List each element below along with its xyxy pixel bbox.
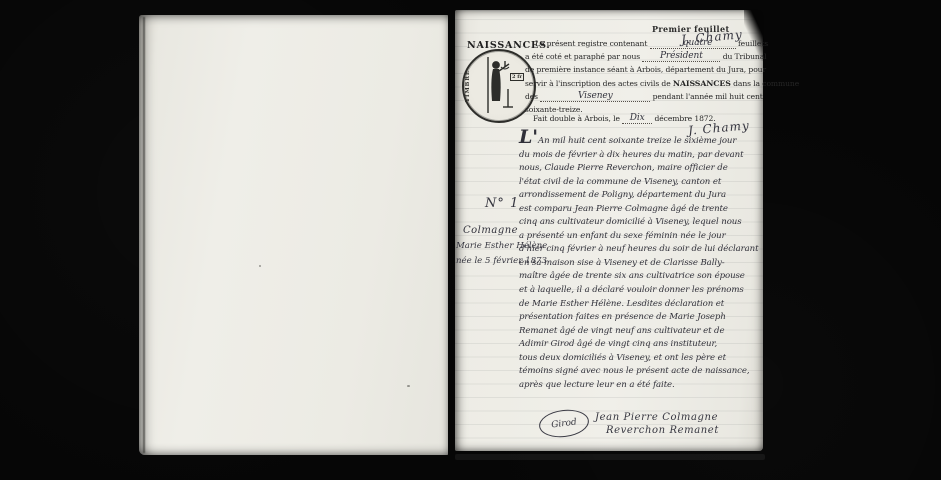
act-line: L'An mil huit cent soixante treize le si… bbox=[519, 131, 762, 149]
act-line: Remanet âgé de vingt neuf ans cultivateu… bbox=[519, 325, 762, 339]
handwritten-fill-quatre: quatre bbox=[650, 39, 736, 49]
act-line: Adimir Girod âgé de vingt cinq ans insti… bbox=[519, 338, 762, 352]
act-line: en sa maison sise à Viseney et de Claris… bbox=[519, 257, 762, 271]
printed-naissances-bold: NAISSANCES bbox=[673, 79, 731, 88]
act-line: d'hier cinq février à neuf heures du soi… bbox=[519, 243, 762, 257]
printed-text: Le présent registre contenant bbox=[535, 39, 647, 48]
handwritten-fill-commune: Viseney bbox=[540, 92, 650, 102]
act-line: cinq ans cultivateur domicilié à Viseney… bbox=[519, 216, 762, 230]
ink-speck bbox=[259, 265, 261, 267]
printed-text: pendant l'année mil huit cent bbox=[653, 92, 763, 101]
printed-line: de première instance séant à Arbois, dép… bbox=[525, 63, 763, 76]
act-line: de Marie Esther Hélène. Lesdites déclara… bbox=[519, 298, 762, 312]
printed-text: du Tribunal bbox=[723, 52, 767, 61]
right-register-page: Premier feuillet J. Chamy NAISSANCES. —·… bbox=[455, 10, 763, 451]
act-number: N° 1 bbox=[485, 196, 519, 211]
justice-figure-icon bbox=[478, 55, 518, 117]
act-line: maître âgée de trente six ans cultivatri… bbox=[519, 270, 762, 284]
act-line: a présenté un enfant du sexe féminin née… bbox=[519, 230, 762, 244]
ink-speck bbox=[407, 385, 410, 387]
act-line: nous, Claude Pierre Reverchon, maire off… bbox=[519, 162, 762, 176]
stamp-value-label: 2 fr bbox=[510, 73, 524, 81]
photographed-register-spread: Premier feuillet J. Chamy NAISSANCES. —·… bbox=[0, 0, 941, 480]
printed-line: Le présent registre contenant quatre feu… bbox=[525, 37, 763, 50]
stamp-timbre-label: TIMBRE bbox=[465, 70, 471, 102]
act-line: l'état civil de la commune de Viseney, c… bbox=[519, 176, 762, 190]
page-edge-shadow bbox=[143, 17, 145, 453]
printed-text: servir à l'inscription des actes civils … bbox=[525, 79, 671, 88]
printed-text: a été coté et paraphé par nous bbox=[525, 52, 640, 61]
printed-text: dans la commune bbox=[733, 79, 799, 88]
act-line: tous deux domiciliés à Viseney, et ont l… bbox=[519, 352, 762, 366]
printed-text: des bbox=[525, 92, 538, 101]
handwritten-fill-president: Président bbox=[642, 52, 720, 62]
act-line: et à laquelle, il a déclaré vouloir donn… bbox=[519, 284, 762, 298]
act-line: arrondissement de Poligny, département d… bbox=[519, 189, 762, 203]
book-bottom-edge bbox=[455, 454, 765, 460]
printed-line: des Viseney pendant l'année mil huit cen… bbox=[525, 90, 763, 103]
printed-line: a été coté et paraphé par nous Président… bbox=[525, 50, 763, 63]
printed-text: Fait double à Arbois, le bbox=[533, 114, 620, 123]
act-line: est comparu Jean Pierre Colmagne âgé de … bbox=[519, 203, 762, 217]
mayor-witness-signatures: Reverchon Remanet bbox=[606, 425, 719, 436]
handwritten-fill-dix: Dix bbox=[622, 114, 652, 124]
act-line: témoins signé avec nous le présent acte … bbox=[519, 365, 762, 379]
witness-signature-girod: Girod bbox=[538, 407, 591, 440]
father-signature: Jean Pierre Colmagne bbox=[595, 412, 718, 423]
act-line: du mois de février à dix heures du matin… bbox=[519, 149, 762, 163]
handwritten-birth-act: L'An mil huit cent soixante treize le si… bbox=[519, 131, 762, 392]
margin-surname: Colmagne bbox=[463, 225, 518, 236]
printed-register-declaration: Le présent registre contenant quatre feu… bbox=[525, 37, 763, 116]
printed-line: servir à l'inscription des actes civils … bbox=[525, 77, 763, 90]
left-blank-page bbox=[139, 15, 448, 455]
act-line: présentation faites en présence de Marie… bbox=[519, 311, 762, 325]
act-line: après que lecture leur en a été faite. bbox=[519, 379, 762, 393]
printed-text: feuillets bbox=[738, 39, 768, 48]
